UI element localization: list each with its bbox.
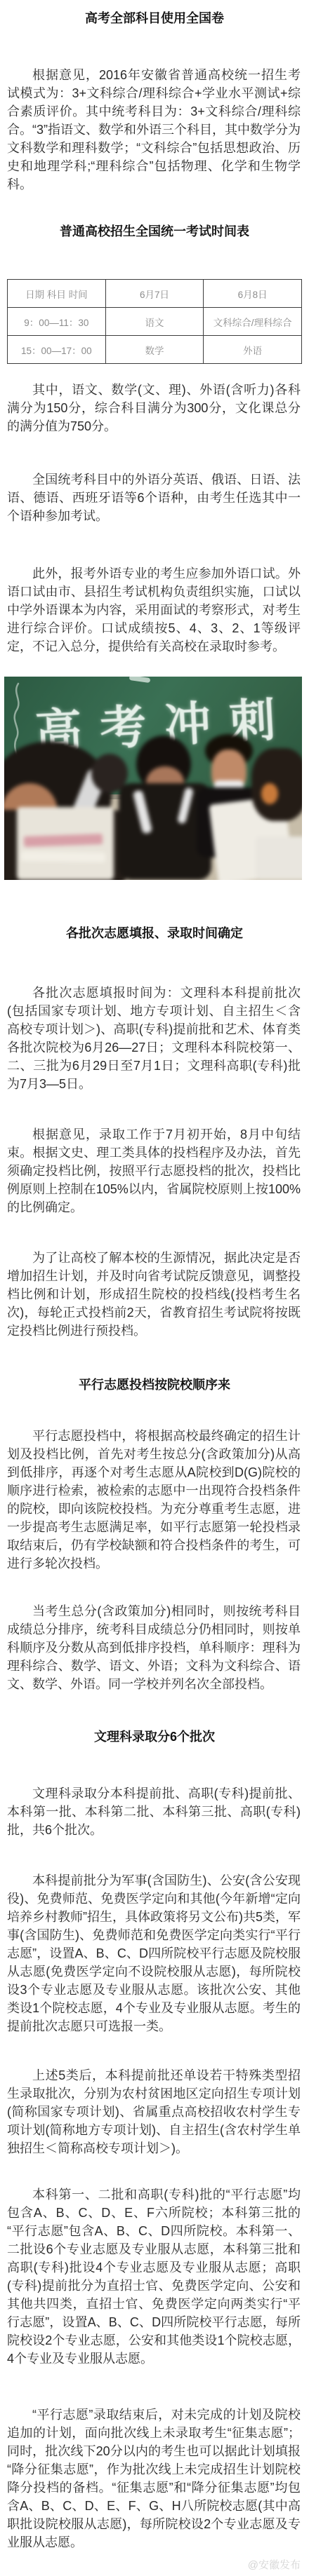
para-scores: 其中，语文、数学(文、理)、外语(含听力)各科满分为150分，综合科目满分为30… [7,381,301,435]
classroom-photo: 高考冲刺 [4,677,302,880]
students-blur [4,677,302,880]
para-wish-schedule: 各批次志愿填报时间为：文理科本科提前批次(包括国家专项计划、地方专项计划、自主招… [7,984,301,1093]
hand-orange [261,783,278,804]
timetable-row: 9：00—11：30 语文 文科综合/理科综合 [8,308,302,336]
para-batch-volunteers: 本科第一、二批和高职(专科)批的“平行志愿”均包含A、B、C、D、E、F六所院校… [7,2185,301,2368]
timetable-cell: 9：00—11：30 [8,308,106,336]
books-white [256,836,302,880]
watermark: @安徽发布 [0,2557,301,2572]
timetable-cell: 数学 [105,336,204,364]
para-parallel-rule: 平行志愿投档中，将根据高校最终确定的招生计划及投档比例，首先对考生按总分(含政策… [7,1427,301,1573]
timetable-cell: 外语 [204,336,302,364]
para-pre-dispatch: 为了让高校了解本校的生源情况，据此决定是否增加招生计划，并及时向省考试院反馈意见… [7,1249,301,1340]
timetable-cell: 15：00—17：00 [8,336,106,364]
para-oral-test: 此外，报考外语专业的考生应参加外语口试。外语口试由市、县招生考试机构负责组织实施… [7,564,301,656]
para-advance-batch: 本科提前批分为军事(含国防生)、公安(含公安现役)、免费师范、免费医学定向和其他… [7,1871,301,2035]
timetable-header-row: 日期 科目 时间 6月7日 6月8日 [8,280,302,308]
section-heading-batches: 文理科录取分6个批次 [0,1728,309,1745]
section-heading-timetable: 普通高校招生全国统一考试时间表 [0,223,309,240]
book-cream [21,851,105,862]
timetable-cell: 6月7日 [105,280,204,308]
para-special-plans: 上述5类后，本科提前批还单设若干特殊类型招生录取批次，分别为农村贫困地区定向招生… [7,2066,301,2157]
para-languages: 全国统考科目中的外语分英语、俄语、日语、法语、德语、西班牙语等6个语种，由考生任… [7,470,301,525]
para-six-batches: 文理科录取分本科提前批、高职(专科)提前批、本科第一批、本科第二批、本科第三批、… [7,1784,301,1839]
para-collect-volunteers: “平行志愿”录取结束后，对未完成的计划及院校追加的计划，面向批次线上未录取考生“… [7,2406,301,2551]
section-heading-parallel: 平行志愿投档按院校顺序来 [0,1376,309,1393]
para-admission-schedule: 根据意见，录取工作于7月初开始，8月中旬结束。根据文史、理工类具体的投档程序及办… [7,1125,301,1216]
timetable-cell: 语文 [105,308,204,336]
timetable-cell: 日期 科目 时间 [8,280,106,308]
exam-timetable: 日期 科目 时间 6月7日 6月8日 9：00—11：30 语文 文科综合/理科… [7,279,302,364]
para-tiebreak: 当考生总分(含政策加分)相同时，则按统考科目成绩总分排序，统考科目成绩总分仍相同… [7,1602,301,1693]
para-exam-mode: 根据意见，2016年安徽省普通高校统一招生考试模式为：3+文科综合/理科综合+学… [7,66,301,194]
timetable-cell: 6月8日 [204,280,302,308]
section-heading-national-paper: 高考全部科目使用全国卷 [0,10,309,27]
timetable-cell: 文科综合/理科综合 [204,308,302,336]
section-heading-schedule: 各批次志愿填报、录取时间确定 [0,925,309,942]
student-head [251,748,302,821]
timetable-row: 15：00—17：00 数学 外语 [8,336,302,364]
